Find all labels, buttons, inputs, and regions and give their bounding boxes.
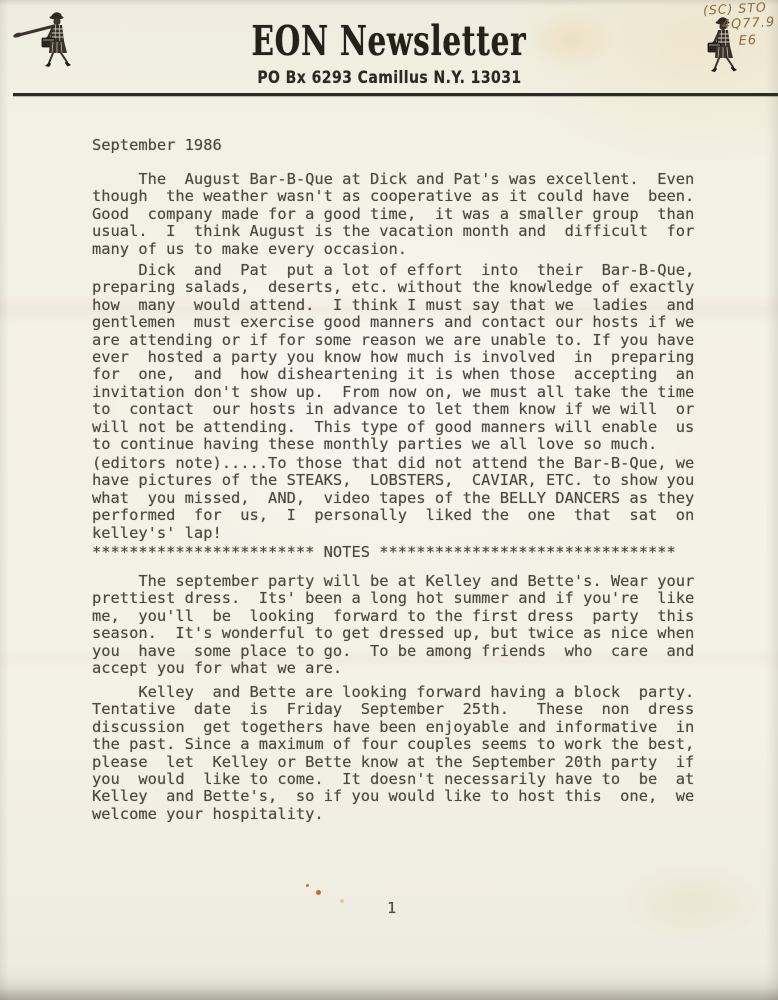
paragraph-block-party: Kelley and Bette are looking forward hav… <box>92 684 694 823</box>
scanned-newsletter-page: (SC) STO 4Q77.9 E6 EON Newsletter PO Bx … <box>0 0 778 1000</box>
scan-shadow-bottom <box>0 976 778 1000</box>
masthead-divider-rule <box>13 93 778 96</box>
newsletter-title: EON Newsletter <box>252 17 527 65</box>
paragraph-editors-note: (editors note).....To those that did not… <box>92 455 694 542</box>
page-number: 1 <box>387 900 396 917</box>
date-line: September 1986 <box>92 137 222 154</box>
paper-speck <box>306 884 309 887</box>
paragraph-barbque: The August Bar-B-Que at Dick and Pat's w… <box>92 171 694 258</box>
scan-shadow-top <box>0 0 778 6</box>
paper-speck <box>316 890 321 895</box>
masthead-address-row: PO Bx 6293 Camillus N.Y. 13031 <box>0 68 778 87</box>
paper-speck <box>340 899 344 903</box>
scan-speckle-patch <box>618 862 768 942</box>
notes-section-divider: ************************ NOTES *********… <box>92 544 676 561</box>
paragraph-manners: Dick and Pat put a lot of effort into th… <box>92 262 694 453</box>
paragraph-september-party: The september party will be at Kelley an… <box>92 573 694 677</box>
scan-shadow-right <box>766 0 778 1000</box>
masthead: EON Newsletter <box>0 17 778 65</box>
scan-shadow-left <box>0 0 9 1000</box>
po-box-address: PO Bx 6293 Camillus N.Y. 13031 <box>257 68 521 87</box>
